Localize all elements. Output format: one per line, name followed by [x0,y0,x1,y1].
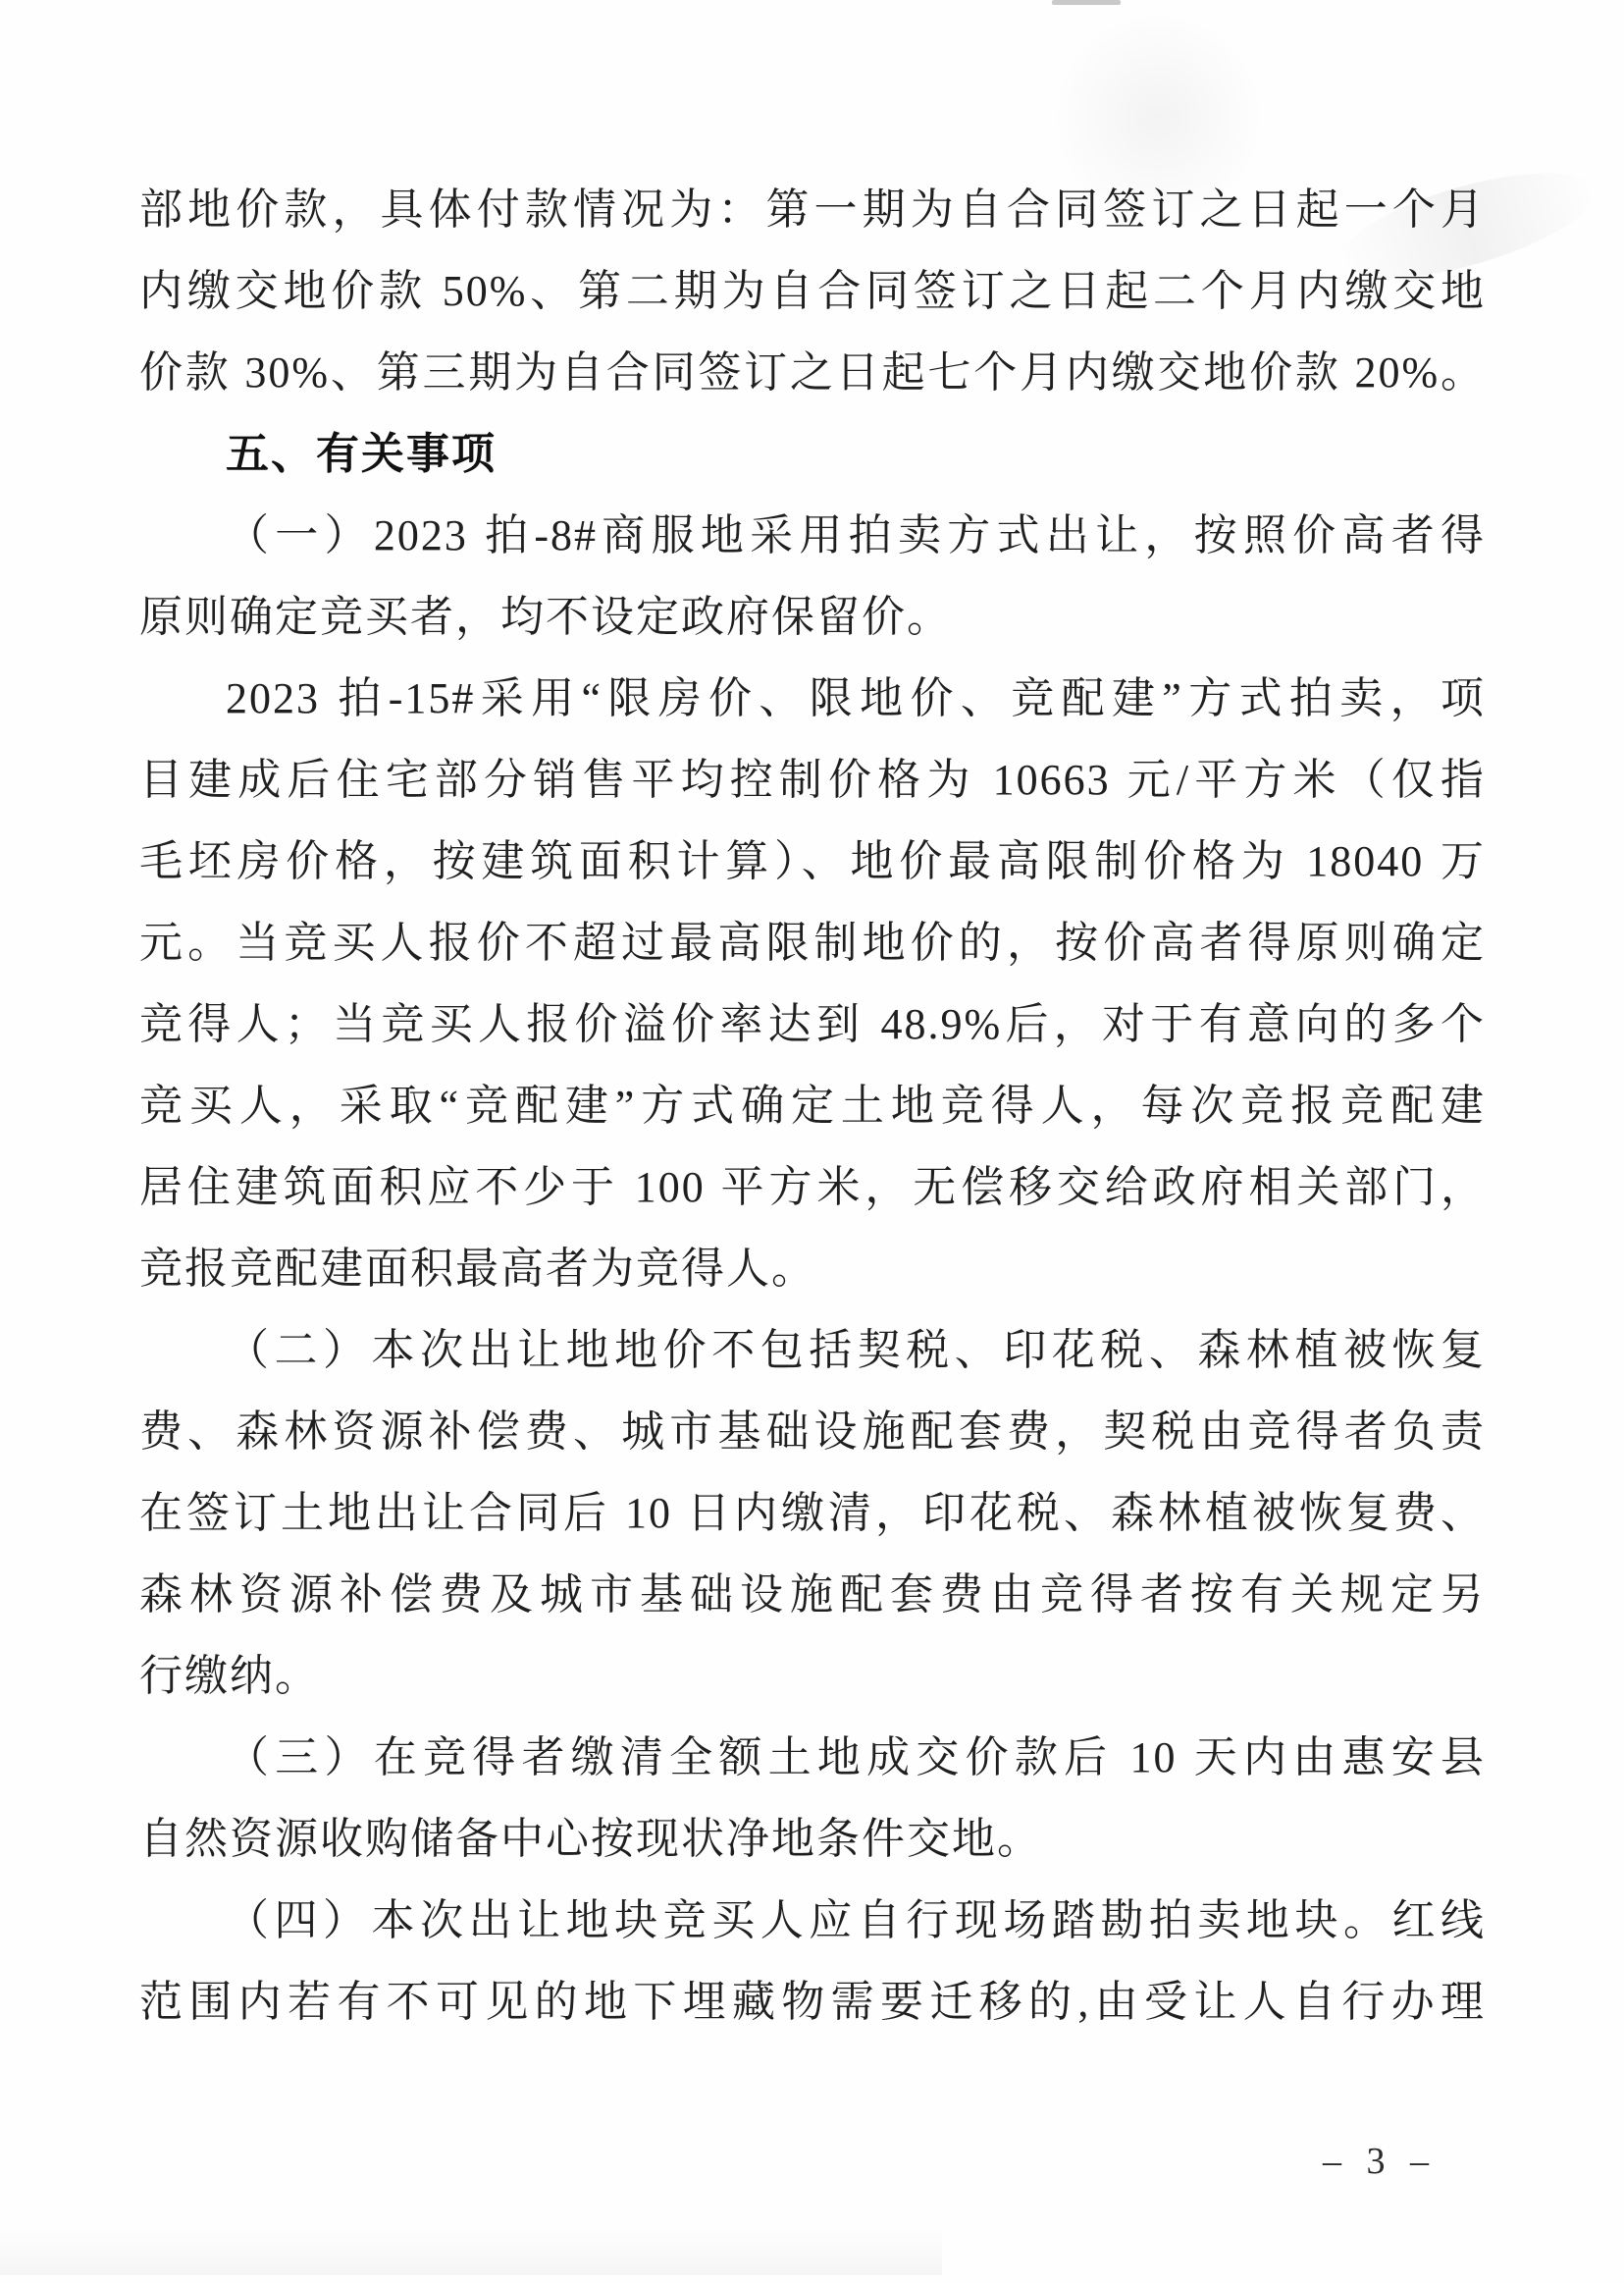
text-line: 自然资源收购储备中心按现状净地条件交地。 [139,1798,1486,1880]
scanned-document-page: 部地价款，具体付款情况为：第一期为自合同签订之日起一个月 内缴交地价款 50%、… [0,0,1624,2283]
text-line: （三）在竞得者缴清全额土地成交价款后 10 天内由惠安县 [139,1717,1486,1798]
text-line: 2023 拍-15#采用“限房价、限地价、竞配建”方式拍卖，项 [139,658,1486,739]
text-line: 内缴交地价款 50%、第二期为自合同签订之日起二个月内缴交地 [139,250,1486,332]
text-line: 范围内若有不可见的地下埋藏物需要迁移的,由受让人自行办理 [139,1961,1486,2043]
scan-artifact [1052,0,1121,5]
text-line: 森林资源补偿费及城市基础设施配套费由竞得者按有关规定另 [139,1554,1486,1635]
text-line: 费、森林资源补偿费、城市基础设施配套费，契税由竞得者负责 [139,1391,1486,1472]
text-line: 居住建筑面积应不少于 100 平方米，无偿移交给政府相关部门， [139,1146,1486,1228]
scan-artifact [0,2226,942,2275]
text-line: 竞得人；当竞买人报价溢价率达到 48.9%后，对于有意向的多个 [139,983,1486,1065]
text-line: 行缴纳。 [139,1635,1486,1717]
document-body: 部地价款，具体付款情况为：第一期为自合同签订之日起一个月 内缴交地价款 50%、… [139,169,1486,2043]
text-line: 竞买人，采取“竞配建”方式确定土地竞得人，每次竞报竞配建 [139,1065,1486,1146]
text-line: 价款 30%、第三期为自合同签订之日起七个月内缴交地价款 20%。 [139,332,1486,413]
section-heading: 五、有关事项 [139,413,1486,495]
text-line: 部地价款，具体付款情况为：第一期为自合同签订之日起一个月 [139,169,1486,250]
text-line: （四）本次出让地块竞买人应自行现场踏勘拍卖地块。红线 [139,1880,1486,1961]
text-line: 竞报竞配建面积最高者为竞得人。 [139,1228,1486,1309]
text-line: 元。当竞买人报价不超过最高限制地价的，按价高者得原则确定 [139,902,1486,983]
text-line: 在签订土地出让合同后 10 日内缴清，印花税、森林植被恢复费、 [139,1472,1486,1554]
text-line: 原则确定竞买者，均不设定政府保留价。 [139,576,1486,658]
text-line: （一）2023 拍-8#商服地采用拍卖方式出让，按照价高者得 [139,495,1486,576]
text-line: 目建成后住宅部分销售平均控制价格为 10663 元/平方米（仅指 [139,739,1486,821]
text-line: （二）本次出让地地价不包括契税、印花税、森林植被恢复 [139,1309,1486,1391]
page-number: – 3 – [1323,2140,1437,2183]
text-line: 毛坯房价格，按建筑面积计算）、地价最高限制价格为 18040 万 [139,821,1486,902]
